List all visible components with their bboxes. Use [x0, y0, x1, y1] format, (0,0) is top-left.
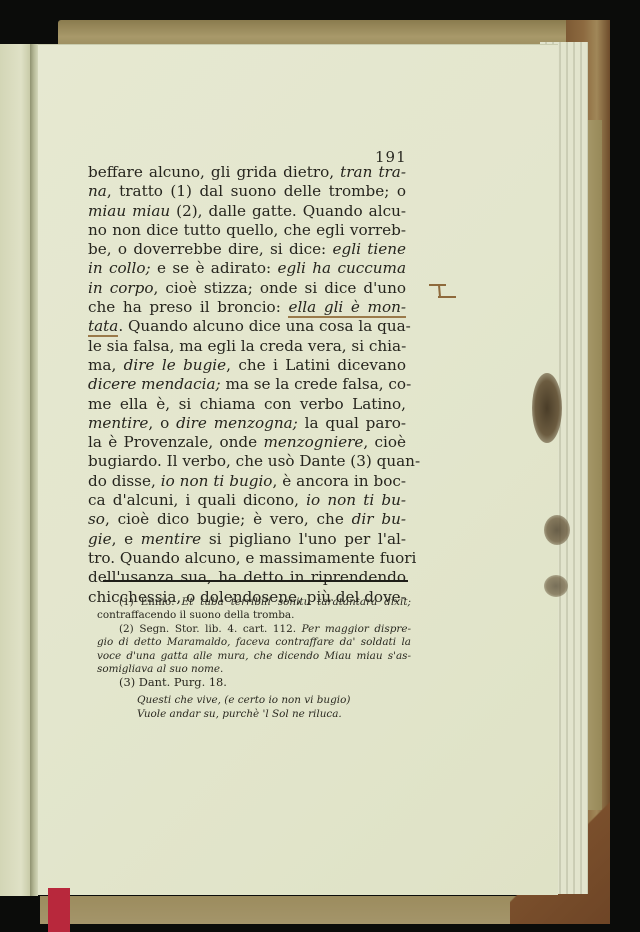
- text-run: beffare alcuno, gli grida dietro,: [88, 163, 340, 181]
- verse-line-2: Vuole andar su, purchè 'l Sol ne riluca.: [137, 708, 350, 722]
- dante-verse-quote: Questi che vive, (e certo io non vi bugi…: [137, 694, 350, 721]
- italic-run: io non ti bugio: [161, 472, 273, 490]
- ribbon-bookmark[interactable]: [48, 888, 70, 932]
- text-run: si pigliano l'uno per l'al-: [201, 530, 406, 548]
- footnote-1-line-1: (1) Ennio: Et tuba terribili sonitu tara…: [97, 596, 411, 609]
- body-line: mentire, o dire menzogna; la qual paro-: [88, 414, 406, 433]
- footnote-2-line-2: gio di detto Maramaldo, faceva contraffa…: [97, 636, 411, 649]
- underlined-run: ella gli è mon-: [288, 298, 406, 318]
- italic-run: tran tra-: [340, 163, 406, 181]
- footnote-3: (3) Dant. Purg. 18.: [97, 676, 411, 689]
- italic-run: dire menzogna;: [176, 414, 298, 432]
- footnote-1-quote: Et tuba terribili sonitu taratantara dix…: [182, 596, 411, 608]
- margin-mark-icon: [428, 283, 458, 301]
- text-run: , o: [148, 414, 176, 432]
- body-line: me ella è, si chiama con verbo Latino,: [88, 395, 406, 414]
- text-run: , è ancora in boc-: [272, 472, 406, 490]
- text-run: bugiardo. Il verbo, che usò Dante (3) qu…: [88, 452, 420, 470]
- text-run: ca d'alcuni, i quali dicono,: [88, 491, 306, 509]
- body-line: bugiardo. Il verbo, che usò Dante (3) qu…: [88, 452, 406, 471]
- body-line: no non dice tutto quello, che egli vorre…: [88, 221, 406, 240]
- italic-run: dicere mendacia;: [88, 375, 221, 393]
- text-run: , cioè: [363, 433, 406, 451]
- footnote-2-line-4: somigliava al suo nome.: [97, 663, 411, 676]
- footnote-2-quote: Per maggior dispre-: [302, 623, 411, 635]
- text-run: be, o doverrebbe dire, si dice:: [88, 240, 333, 258]
- italic-run: egli tiene: [333, 240, 406, 258]
- italic-run: io non ti bu-: [306, 491, 406, 509]
- footnote-2-line-1: (2) Segn. Stor. lib. 4. cart. 112. Per m…: [97, 623, 411, 636]
- italic-run: mentire: [141, 530, 201, 548]
- body-text: beffare alcuno, gli grida dietro, tran t…: [88, 163, 406, 607]
- italic-run: egli ha cuccuma: [277, 259, 406, 277]
- facing-page-edge: [0, 44, 30, 896]
- text-run: , cioè stizza; onde si dice d'uno: [153, 279, 406, 297]
- italic-run: in collo;: [88, 259, 151, 277]
- footnote-rule: [103, 580, 408, 582]
- text-run: ma se la crede falsa, co-: [221, 375, 412, 393]
- text-run: dell'usanza sua, ha detto in riprendendo: [88, 568, 406, 586]
- text-run: e se è adirato:: [151, 259, 278, 277]
- body-line: do disse, io non ti bugio, è ancora in b…: [88, 472, 406, 491]
- italic-run: so: [88, 510, 105, 528]
- text-run: le sia falsa, ma egli la creda vera, si …: [88, 337, 406, 355]
- footnotes: (1) Ennio: Et tuba terribili sonitu tara…: [97, 596, 411, 690]
- text-run: . Quando alcuno dice una cosa la qua-: [118, 317, 410, 335]
- text-run: la è Provenzale, onde: [88, 433, 263, 451]
- body-line: dell'usanza sua, ha detto in riprendendo: [88, 568, 406, 587]
- body-line: ca d'alcuni, i quali dicono, io non ti b…: [88, 491, 406, 510]
- italic-run: dire le bugie: [124, 356, 227, 374]
- text-run: la qual paro-: [298, 414, 406, 432]
- water-stain: [544, 575, 568, 597]
- book-gutter: [30, 44, 38, 896]
- body-line: le sia falsa, ma egli la creda vera, si …: [88, 337, 406, 356]
- body-line: in corpo, cioè stizza; onde si dice d'un…: [88, 279, 406, 298]
- water-stain: [544, 515, 570, 545]
- underlined-run: tata: [88, 317, 118, 337]
- text-run: ma,: [88, 356, 124, 374]
- water-stain: [532, 373, 562, 443]
- body-line: be, o doverrebbe dire, si dice: egli tie…: [88, 240, 406, 259]
- italic-run: mentire: [88, 414, 148, 432]
- body-line: dicere mendacia; ma se la crede falsa, c…: [88, 375, 406, 394]
- body-line: la è Provenzale, onde menzogniere, cioè: [88, 433, 406, 452]
- body-line: tata. Quando alcuno dice una cosa la qua…: [88, 317, 406, 336]
- text-run: (2), dalle gatte. Quando alcu-: [170, 202, 406, 220]
- text-run: , e: [112, 530, 141, 548]
- text-run: do disse,: [88, 472, 161, 490]
- body-line: na, tratto (1) dal suono delle trombe; o: [88, 182, 406, 201]
- italic-run: na: [88, 182, 107, 200]
- italic-run: gie: [88, 530, 112, 548]
- italic-run: in corpo: [88, 279, 153, 297]
- body-line: miau miau (2), dalle gatte. Quando alcu-: [88, 202, 406, 221]
- footnote-2-ref: (2) Segn. Stor. lib. 4. cart. 112.: [119, 623, 302, 635]
- body-line: ma, dire le bugie, che i Latini dicevano: [88, 356, 406, 375]
- body-line: che ha preso il broncio: ella gli è mon-: [88, 298, 406, 317]
- body-line: beffare alcuno, gli grida dietro, tran t…: [88, 163, 406, 182]
- footnote-1-ref: (1) Ennio:: [119, 596, 182, 608]
- verse-line-1: Questi che vive, (e certo io non vi bugi…: [137, 694, 350, 708]
- text-run: , cioè dico bugie; è vero, che: [105, 510, 352, 528]
- text-run: me ella è, si chiama con verbo Latino,: [88, 395, 406, 413]
- body-line: so, cioè dico bugie; è vero, che dir bu-: [88, 510, 406, 529]
- italic-run: miau miau: [88, 202, 170, 220]
- text-run: che ha preso il broncio:: [88, 298, 288, 316]
- body-line: in collo; e se è adirato: egli ha cuccum…: [88, 259, 406, 278]
- italic-run: dir bu-: [352, 510, 406, 528]
- italic-run: menzogniere: [263, 433, 363, 451]
- text-run: no non dice tutto quello, che egli vorre…: [88, 221, 406, 239]
- text-run: , tratto (1) dal suono delle trombe; o: [107, 182, 406, 200]
- body-line: gie, e mentire si pigliano l'uno per l'a…: [88, 530, 406, 549]
- margin-pencil-mark: [428, 283, 456, 299]
- footnote-1-line-2: contraffacendo il suono della tromba.: [97, 609, 411, 622]
- text-run: tro. Quando alcuno, e massimamente fuori: [88, 549, 416, 567]
- body-line: tro. Quando alcuno, e massimamente fuori: [88, 549, 406, 568]
- footnote-2-line-3: voce d'una gatta alle mura, che dicendo …: [97, 650, 411, 663]
- text-run: , che i Latini dicevano: [226, 356, 406, 374]
